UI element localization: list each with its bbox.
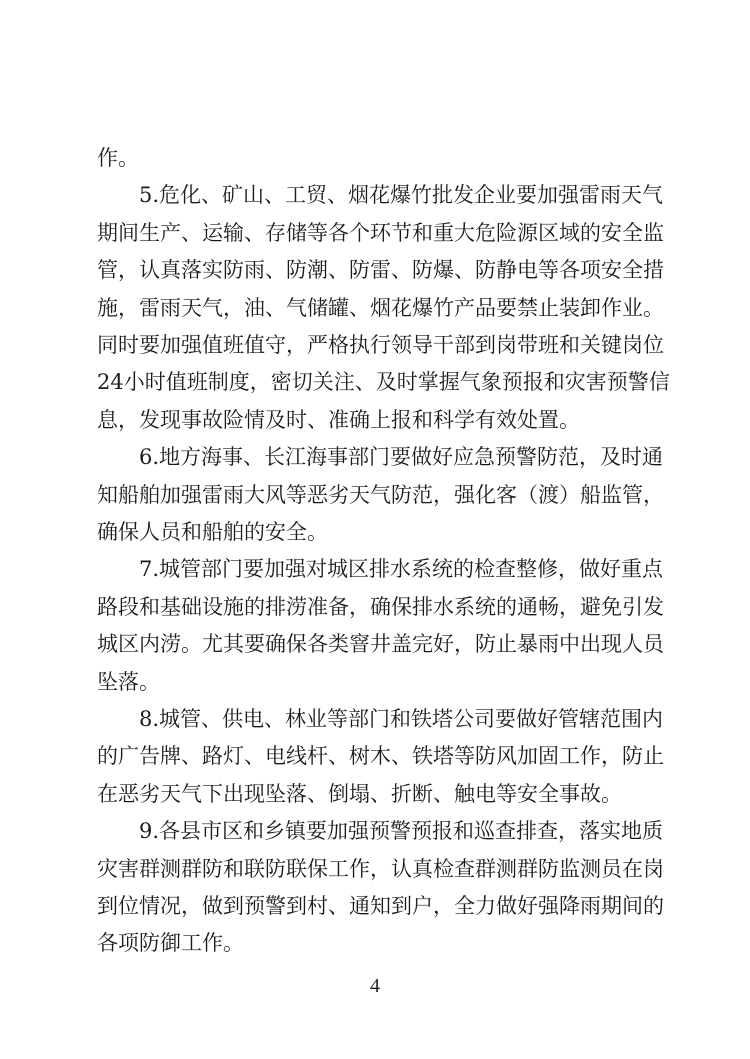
text-line: 城区内涝。尤其要确保各类窨井盖完好，防止暴雨中出现人员	[97, 626, 653, 663]
text-line: 各项防御工作。	[97, 925, 653, 962]
document-page: 作。5.危化、矿山、工贸、烟花爆竹批发企业要加强雷雨天气期间生产、运输、存储等各…	[0, 0, 750, 1059]
text-line: 息，发现事故险情及时、准确上报和科学有效处置。	[97, 402, 653, 439]
text-line: 坠落。	[97, 664, 653, 701]
paragraph-first-line: 6.地方海事、长江海事部门要做好应急预警防范，及时通	[139, 439, 653, 476]
text-line: 施，雷雨天气，油、气储罐、烟花爆竹产品要禁止装卸作业。	[97, 290, 653, 327]
text-line: 期间生产、运输、存储等各个环节和重大危险源区域的安全监	[97, 215, 653, 252]
text-line: 到位情况，做到预警到村、通知到户，全力做好强降雨期间的	[97, 888, 653, 925]
paragraph-first-line: 5.危化、矿山、工贸、烟花爆竹批发企业要加强雷雨天气	[139, 177, 653, 214]
text-line: 确保人员和船舶的安全。	[97, 514, 653, 551]
paragraph-first-line: 9.各县市区和乡镇要加强预警预报和巡查排查，落实地质	[139, 813, 653, 850]
text-line: 知船舶加强雷雨大风等恶劣天气防范，强化客（渡）船监管，	[97, 477, 653, 514]
text-line: 路段和基础设施的排涝准备，确保排水系统的通畅，避免引发	[97, 589, 653, 626]
text-line: 在恶劣天气下出现坠落、倒塌、折断、触电等安全事故。	[97, 776, 653, 813]
paragraph-first-line: 7.城管部门要加强对城区排水系统的检查整修，做好重点	[139, 551, 653, 588]
paragraph-first-line: 8.城管、供电、林业等部门和铁塔公司要做好管辖范围内	[139, 701, 653, 738]
text-line: 同时要加强值班值守，严格执行领导干部到岗带班和关键岗位	[97, 327, 653, 364]
text-line: 作。	[97, 140, 653, 177]
page-number: 4	[0, 975, 750, 998]
text-line: 管，认真落实防雨、防潮、防雷、防爆、防静电等各项安全措	[97, 252, 653, 289]
text-line: 的广告牌、路灯、电线杆、树木、铁塔等防风加固工作，防止	[97, 738, 653, 775]
text-line: 24小时值班制度，密切关注、及时掌握气象预报和灾害预警信	[97, 364, 653, 401]
text-line: 灾害群测群防和联防联保工作，认真检查群测群防监测员在岗	[97, 851, 653, 888]
